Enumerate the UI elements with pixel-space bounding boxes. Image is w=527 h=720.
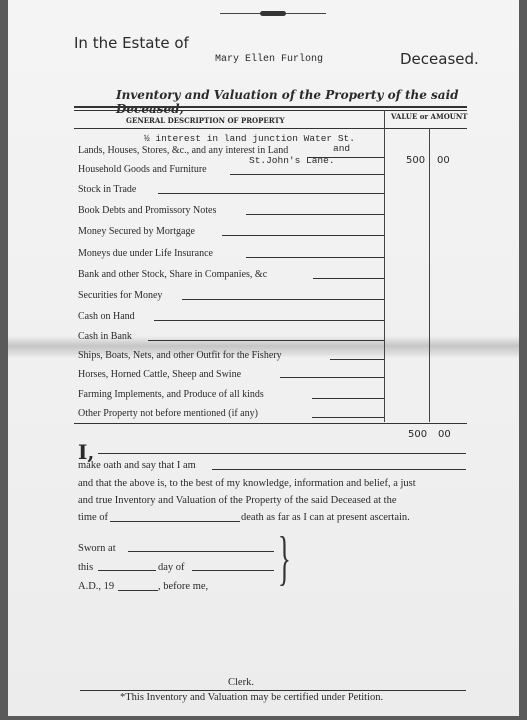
oath-line4b: death as far as I can at present ascerta… — [241, 512, 410, 523]
name-field-line[interactable] — [98, 453, 466, 454]
row-lands: Lands, Houses, Stores, &c., and any inte… — [78, 145, 288, 156]
cents-divider — [429, 128, 430, 422]
row-line — [308, 157, 384, 158]
row-cash-bank: Cash in Bank — [78, 331, 132, 342]
sworn-at-field-line[interactable] — [128, 551, 274, 552]
ornament-icon — [260, 11, 286, 16]
ad-label: A.D., 19 — [78, 581, 114, 592]
deceased-label: Deceased. — [400, 50, 479, 68]
sworn-at-label: Sworn at — [78, 543, 116, 554]
oath-line1: make oath and say that I am — [78, 460, 196, 471]
table-divider — [384, 110, 385, 422]
table-bottom-line — [74, 423, 467, 424]
table-top-line — [74, 110, 467, 111]
col-value-header: VALUE or AMOUNT — [391, 112, 468, 121]
row-line — [313, 278, 384, 279]
oath-line3: and true Inventory and Valuation of the … — [78, 495, 397, 506]
row-securities: Securities for Money — [78, 290, 162, 301]
header-line — [74, 128, 384, 129]
occupation-field-line[interactable] — [212, 469, 466, 470]
month-field-line[interactable] — [192, 570, 274, 571]
row-farming: Farming Implements, and Produce of all k… — [78, 389, 264, 400]
row-bank-stock: Bank and other Stock, Share in Companies… — [78, 269, 267, 280]
entry-cents: 00 — [437, 155, 450, 166]
row-line — [312, 398, 384, 399]
row-line — [246, 257, 384, 258]
row-mortgage: Money Secured by Mortgage — [78, 226, 195, 237]
oath-line4a: time of — [78, 512, 108, 523]
row-line — [312, 417, 384, 418]
time-field-line[interactable] — [110, 521, 240, 522]
deceased-name: Mary Ellen Furlong — [215, 54, 323, 65]
row-line — [280, 377, 384, 378]
row-line — [148, 340, 384, 341]
row-fishery: Ships, Boats, Nets, and other Outfit for… — [78, 350, 282, 361]
entry-dollars: 500 — [406, 155, 425, 166]
typed-entry-line1: ½ interest in land junction Water St. — [144, 133, 355, 144]
day-field-line[interactable] — [98, 570, 156, 571]
row-cash-hand: Cash on Hand — [78, 311, 135, 322]
this-label: this — [78, 562, 93, 573]
row-livestock: Horses, Horned Cattle, Sheep and Swine — [78, 369, 241, 380]
row-line — [182, 299, 384, 300]
row-other: Other Property not before mentioned (if … — [78, 408, 258, 419]
before-me-label: , before me, — [158, 581, 208, 592]
row-life-insurance: Moneys due under Life Insurance — [78, 248, 213, 259]
total-dollars: 500 — [408, 429, 427, 440]
total-cents: 00 — [438, 429, 451, 440]
form-page: In the Estate of Mary Ellen Furlong Dece… — [8, 0, 519, 716]
row-line — [222, 235, 384, 236]
typed-entry-and: and — [333, 143, 350, 154]
day-of-label: day of — [158, 562, 185, 573]
row-line — [230, 174, 384, 175]
col-description-header: GENERAL DESCRIPTION OF PROPERTY — [126, 116, 285, 125]
row-line — [246, 214, 384, 215]
year-field-line[interactable] — [118, 590, 158, 591]
brace-icon: } — [278, 528, 291, 588]
row-book-debts: Book Debts and Promissory Notes — [78, 205, 216, 216]
footer-note: *This Inventory and Valuation may be cer… — [120, 692, 383, 703]
divider — [74, 106, 467, 108]
row-line — [158, 193, 384, 194]
footer-line — [80, 690, 466, 691]
oath-line2: and that the above is, to the best of my… — [78, 478, 416, 489]
estate-label: In the Estate of — [74, 34, 189, 52]
row-household: Household Goods and Furniture — [78, 164, 207, 175]
row-stock-trade: Stock in Trade — [78, 184, 136, 195]
value-header-line — [384, 128, 467, 129]
row-line — [154, 320, 384, 321]
clerk-label: Clerk. — [228, 677, 254, 688]
row-line — [330, 359, 384, 360]
